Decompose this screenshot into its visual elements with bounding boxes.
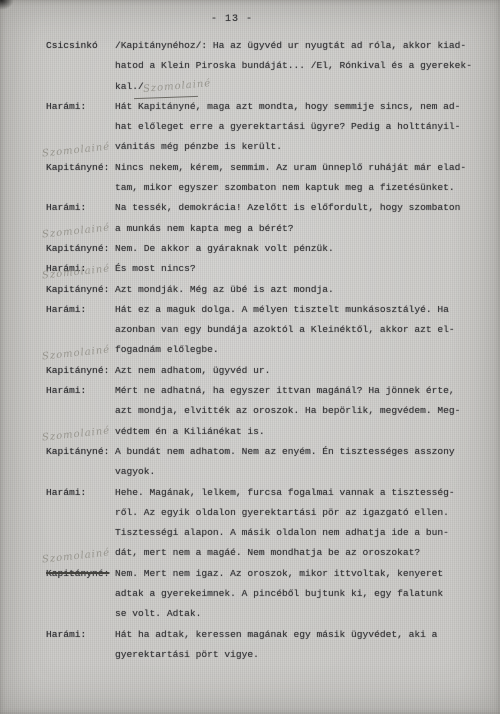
dialogue-line: fogadnám előlegbe.: [115, 340, 500, 360]
dialogue-line: se volt. Adtak.: [115, 604, 500, 624]
dialogue-text: Hát ha adtak, keressen magának egy másik…: [115, 625, 500, 666]
scan-smudge-mark: [0, 0, 14, 10]
dialogue-text: Mért ne adhatná, ha egyszer ittvan magán…: [115, 381, 500, 442]
dialogue-line: A bundát nem adhatom. Nem az enyém. Én t…: [115, 442, 500, 462]
dialogue-text: Na tessék, demokrácia! Azelőtt is előfor…: [115, 198, 500, 239]
dialogue-line: Hát ez a maguk dolga. A mélyen tisztelt …: [115, 300, 500, 320]
dialogue-row: Szomolainé Kapitányné: Nem. Mert nem iga…: [0, 564, 500, 625]
dialogue-line: Tisztességi alapon. A másik oldalon nem …: [115, 523, 500, 543]
dialogue-line: tam, mikor egyszer szombaton nem kaptuk …: [115, 178, 500, 198]
speaker-cell: Harámi:: [46, 259, 115, 279]
speaker-label: Harámi:: [46, 259, 115, 279]
dialogue-line: védtem én a Kiliánékat is.: [115, 422, 500, 442]
dialogue-text: Azt nem adhatom, ügyvéd ur.: [115, 361, 500, 381]
speaker-label: Csicsinkó: [46, 36, 115, 56]
speaker-cell: Harámi:: [46, 483, 115, 503]
dialogue-line: Mért ne adhatná, ha egyszer ittvan magán…: [115, 381, 500, 401]
dialogue-line: Azt nem adhatom, ügyvéd ur.: [115, 361, 500, 381]
dialogue-line: azt mondja, elvitték az oroszok. Ha bepö…: [115, 401, 500, 421]
speaker-cell: Szomolainé Kapitányné:: [46, 361, 115, 381]
speaker-cell: Harámi:: [46, 198, 115, 218]
dialogue-line: Na tessék, demokrácia! Azelőtt is előfor…: [115, 198, 500, 218]
speaker-label: Harámi:: [46, 300, 115, 320]
dialogue-row: Harámi: Hát Kapitányné, maga azt mondta,…: [0, 97, 500, 158]
speaker-cell: Szomolainé Kapitányné:: [46, 280, 115, 300]
dialogue-row: Szomolainé Kapitányné: Nincs nekem, kére…: [0, 158, 500, 199]
speaker-label: Kapitányné:: [46, 564, 115, 584]
dialogue-text: Nem. Mert nem igaz. Az oroszok, mikor it…: [115, 564, 500, 625]
dialogue-row: Szomolainé Kapitányné: Azt nem adhatom, …: [0, 361, 500, 381]
dialogue-row: Harámi: És most nincs?: [0, 259, 500, 279]
dialogue-list: Csicsinkó /Kapitánynéhoz/: Ha az ügyvéd …: [0, 36, 500, 665]
speaker-label: Harámi:: [46, 625, 115, 645]
speaker-cell: Szomolainé Kapitányné:: [46, 158, 115, 178]
dialogue-row: Harámi: Hát ha adtak, keressen magának e…: [0, 625, 500, 666]
dialogue-line: Hát Kapitányné, maga azt mondta, hogy se…: [115, 97, 500, 117]
dialogue-line: azonban van egy bundája azoktól a Kleiné…: [115, 320, 500, 340]
dialogue-line: ről. Az egyik oldalon gyerektartási pör …: [115, 503, 500, 523]
dialogue-text: Hát ez a maguk dolga. A mélyen tisztelt …: [115, 300, 500, 361]
dialogue-line: Azt mondják. Még az übé is azt mondja.: [115, 280, 500, 300]
dialogue-line: /Kapitánynéhoz/: Ha az ügyvéd ur nyugtát…: [115, 36, 500, 56]
speaker-cell: Csicsinkó: [46, 36, 115, 56]
dialogue-line: adtak a gyerekeimnek. A pincéből bujtunk…: [115, 584, 500, 604]
dialogue-row: Harámi: Hát ez a maguk dolga. A mélyen t…: [0, 300, 500, 361]
dialogue-line: gyerektartási pört vigye.: [115, 645, 500, 665]
dialogue-text: Nincs nekem, kérem, semmim. Az uram ünne…: [115, 158, 500, 199]
speaker-label: Kapitányné:: [46, 361, 115, 381]
dialogue-line: Nem. De akkor a gyáraknak volt pénzük.: [115, 239, 500, 259]
dialogue-text: Azt mondják. Még az übé is azt mondja.: [115, 280, 500, 300]
speaker-cell: Harámi:: [46, 97, 115, 117]
dialogue-line: Nem. Mert nem igaz. Az oroszok, mikor it…: [115, 564, 500, 584]
dialogue-line: a munkás nem kapta meg a bérét?: [115, 219, 500, 239]
dialogue-line: Hehe. Magának, lelkem, furcsa fogalmai v…: [115, 483, 500, 503]
dialogue-row: Szomolainé Kapitányné: Nem. De akkor a g…: [0, 239, 500, 259]
dialogue-row: Szomolainé Kapitányné: A bundát nem adha…: [0, 442, 500, 483]
speaker-label: Kapitányné:: [46, 239, 115, 259]
speaker-label: Kapitányné:: [46, 442, 115, 462]
dialogue-line: Hát ha adtak, keressen magának egy másik…: [115, 625, 500, 645]
dialogue-row: Csicsinkó /Kapitánynéhoz/: Ha az ügyvéd …: [0, 36, 500, 97]
speaker-cell: Harámi:: [46, 300, 115, 320]
dialogue-line: vagyok.: [115, 462, 500, 482]
dialogue-line: Nincs nekem, kérem, semmim. Az uram ünne…: [115, 158, 500, 178]
dialogue-line: És most nincs?: [115, 259, 500, 279]
dialogue-line: hat előleget erre a gyerektartási ügyre?…: [115, 117, 500, 137]
speaker-label: Kapitányné:: [46, 158, 115, 178]
dialogue-line: hatod a Klein Piroska bundáját... /El, R…: [115, 56, 500, 76]
speaker-cell: Szomolainé Kapitányné:: [46, 442, 115, 462]
dialogue-row: Harámi: Hehe. Magának, lelkem, furcsa fo…: [0, 483, 500, 564]
dialogue-text: Hát Kapitányné, maga azt mondta, hogy se…: [115, 97, 500, 158]
dialogue-row: Harámi: Na tessék, demokrácia! Azelőtt i…: [0, 198, 500, 239]
dialogue-line: dát, mert nem a magáé. Nem mondhatja be …: [115, 543, 500, 563]
speaker-label: Harámi:: [46, 483, 115, 503]
speaker-label: Harámi:: [46, 381, 115, 401]
dialogue-text: A bundát nem adhatom. Nem az enyém. Én t…: [115, 442, 500, 483]
speaker-cell: Harámi:: [46, 625, 115, 645]
speaker-label: Harámi:: [46, 97, 115, 117]
dialogue-text: És most nincs?: [115, 259, 500, 279]
dialogue-line: vánitás még pénzbe is került.: [115, 137, 500, 157]
script-page-content: Csicsinkó /Kapitánynéhoz/: Ha az ügyvéd …: [0, 36, 500, 665]
speaker-cell: Harámi:: [46, 381, 115, 401]
speaker-label: Kapitányné:: [46, 280, 115, 300]
dialogue-text: Hehe. Magának, lelkem, furcsa fogalmai v…: [115, 483, 500, 564]
dialogue-row: Harámi: Mért ne adhatná, ha egyszer ittv…: [0, 381, 500, 442]
speaker-label: Harámi:: [46, 198, 115, 218]
dialogue-row: Szomolainé Kapitányné: Azt mondják. Még …: [0, 280, 500, 300]
speaker-cell: Szomolainé Kapitányné:: [46, 564, 115, 584]
speaker-cell: Szomolainé Kapitányné:: [46, 239, 115, 259]
dialogue-text: Nem. De akkor a gyáraknak volt pénzük.: [115, 239, 500, 259]
page-number: - 13 -: [0, 14, 464, 25]
